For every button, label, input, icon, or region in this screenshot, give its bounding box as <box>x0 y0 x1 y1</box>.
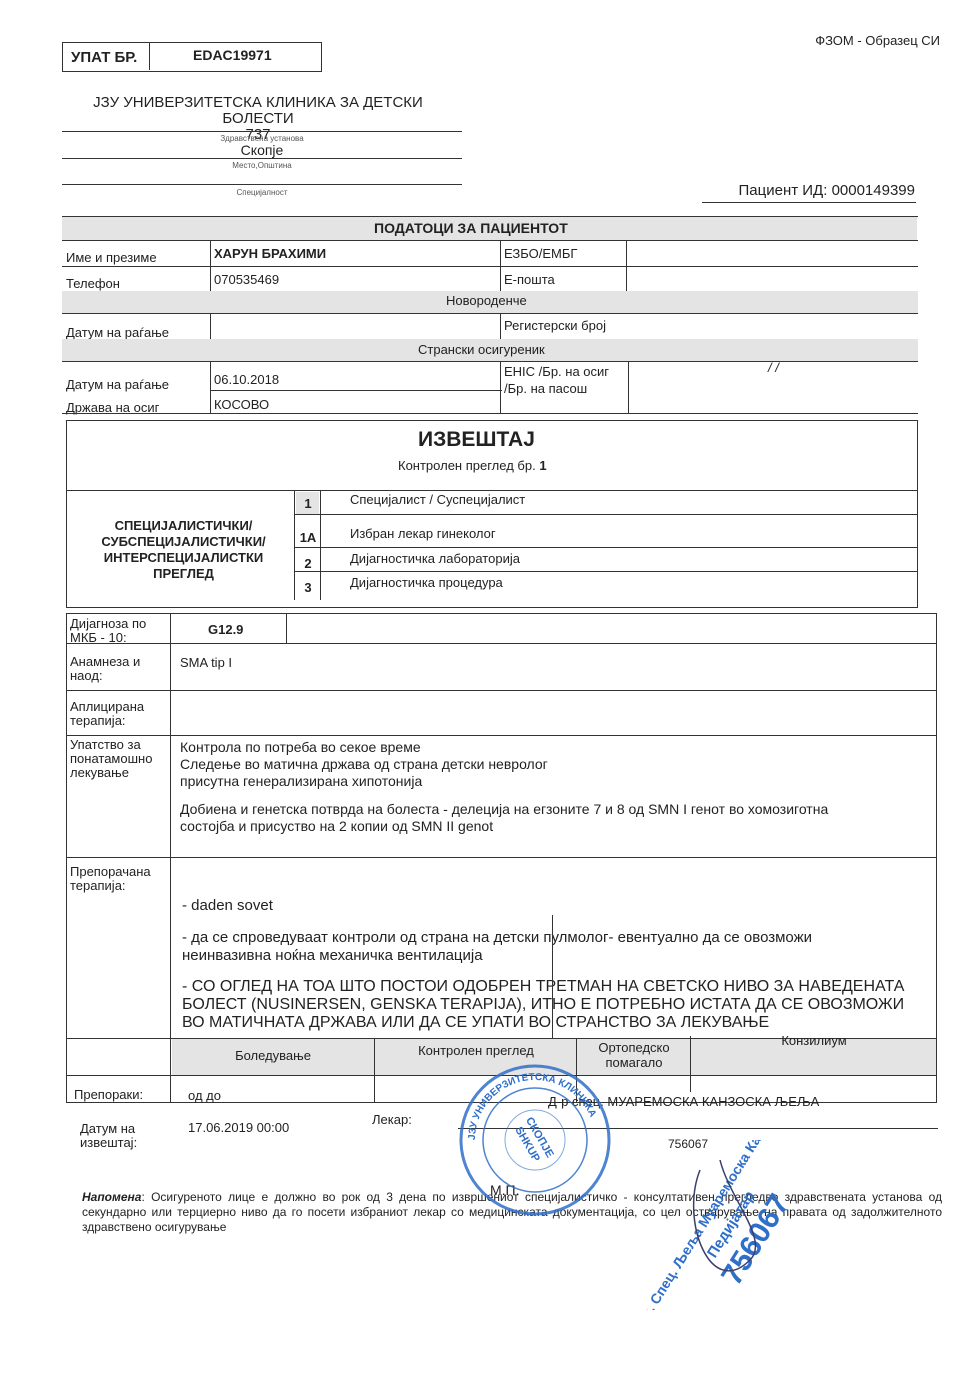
anamnesis-label: Анамнеза и наод: <box>70 655 168 683</box>
email-label: Е-пошта <box>504 272 555 287</box>
option-procedure[interactable]: Дијагностичка процедура <box>350 575 503 590</box>
therapy-line: неинвазивна ноќна механичка вентилација <box>182 948 483 964</box>
referral-number: EDAC19971 <box>193 47 272 63</box>
applied-therapy-label: Аплицирана терапија: <box>70 700 168 728</box>
control-exam-number: 1 <box>539 458 546 473</box>
dob-value: 06.10.2018 <box>214 372 279 387</box>
instructions-label: Упатство за понатамошно лекување <box>70 738 168 780</box>
option-specialist[interactable]: Специјалист / Суспецијалист <box>350 492 525 507</box>
report-subtitle: Контролен преглед бр. 1 <box>398 458 547 473</box>
patient-id: Пациент ИД: 0000149399 <box>739 182 915 199</box>
footnote-label: Напомена <box>82 1190 141 1204</box>
exam-type-line: СПЕЦИЈАЛИСТИЧКИ/ <box>76 518 291 534</box>
foreign-title: Странски осигуреник <box>418 342 545 357</box>
form-code: ФЗОМ - Образец СИ <box>815 33 940 48</box>
phone-label: Телефон <box>66 276 120 291</box>
therapy-line: - да се спроведуваат контроли од страна … <box>182 930 812 946</box>
referral-label: УПАТ БР. <box>71 49 137 66</box>
exam-type-line: ИНТЕРСПЕЦИЈАЛИСТКИ <box>76 550 291 566</box>
newborn-dob-label: Датум на раѓање <box>66 325 169 340</box>
therapy-line: - daden sovet <box>182 898 273 914</box>
specialty-caption: Специјалност <box>62 188 462 197</box>
report-date: 17.06.2019 00:00 <box>188 1120 289 1136</box>
name-label: Име и презиме <box>66 250 157 265</box>
doctor-stamp-icon: Др. Спец. Љеља Муаремоска Канзоска Педиј… <box>640 1140 840 1310</box>
referral-number-box: УПАТ БР. EDAC19971 <box>62 42 322 72</box>
institution-title: ЈЗУ УНИВЕРЗИТЕТСКА КЛИНИКА ЗА ДЕТСКИ БОЛ… <box>58 95 458 127</box>
ehic-label-1: EHIC /Бр. на осиг <box>504 364 609 379</box>
patient-id-label: Пациент ИД: <box>739 182 828 199</box>
phone-value: 070535469 <box>214 272 279 287</box>
anamnesis-value: SMA tip I <box>180 655 232 671</box>
therapy-line: БОЛЕСТ (NUSINERSEN, GENSKA TERAPIJA), ИТ… <box>182 996 904 1014</box>
instruction-line: состојба и присуство на 2 копии од SMN I… <box>180 818 493 834</box>
option-gynecologist[interactable]: Избран лекар гинеколог <box>350 526 496 541</box>
therapy-line: ВО МАТИЧНАТА ДРЖАВА ИЛИ ДА СЕ УПАТИ ВО С… <box>182 1014 769 1032</box>
instruction-line: присутна генерализирана хипотонија <box>180 773 422 789</box>
patient-name: ХАРУН БРАХИМИ <box>214 246 326 261</box>
patient-id-value: 0000149399 <box>832 182 915 199</box>
exam-type-line: СУБСПЕЦИЈАЛИСТИЧКИ/ <box>76 534 291 550</box>
option-code[interactable]: 2 <box>295 556 321 571</box>
option-code[interactable]: 1 <box>295 496 321 511</box>
city-caption: Место,Општина <box>62 161 462 170</box>
ehic-label-2: /Бр. на пасош <box>504 381 587 396</box>
column-council: Конзилиум <box>692 1033 936 1048</box>
city: Скопје <box>62 142 462 158</box>
diagnosis-label: Дијагноза по МКБ - 10: <box>70 617 168 645</box>
sick-leave-value: од до <box>188 1088 221 1104</box>
doctor-label: Лекар: <box>372 1112 412 1128</box>
recommendations-label: Препораки: <box>74 1088 143 1102</box>
ezbo-label: ЕЗБО/ЕМБГ <box>504 246 577 261</box>
report-subtitle-prefix: Контролен преглед бр. <box>398 458 536 473</box>
instruction-line: Следење во матична држава од страна детс… <box>180 756 548 772</box>
patient-section-title: ПОДАТОЦИ ЗА ПАЦИЕНТОТ <box>374 220 568 236</box>
instruction-line: Контрола по потреба во секое време <box>180 739 421 755</box>
option-code[interactable]: 1A <box>295 530 321 545</box>
newborn-title: Новороденче <box>446 293 527 308</box>
recommended-therapy-label: Препорачана терапија: <box>70 865 168 893</box>
dob-label: Датум на раѓање <box>66 377 169 392</box>
patient-section-header: ПОДАТОЦИ ЗА ПАЦИЕНТОТ <box>62 216 917 240</box>
option-code[interactable]: 3 <box>295 580 321 595</box>
therapy-line: - СО ОГЛЕД НА ТОА ШТО ПОСТОИ ОДОБРЕН ТРЕ… <box>182 978 904 996</box>
report-title: ИЗВЕШТАЈ <box>418 428 535 452</box>
column-control-exam: Контролен преглед <box>376 1043 576 1058</box>
report-date-label: Датум на извештај: <box>80 1122 160 1150</box>
option-laboratory[interactable]: Дијагностичка лабораторија <box>350 551 520 566</box>
institution-stamp-icon: СКОПЈЕ SHKUP ЈЗУ УНИВЕРЗИТЕТСКА КЛИНИКА <box>455 1060 615 1220</box>
reg-number-label: Регистерски број <box>504 318 606 333</box>
country-value: КОСОВО <box>214 397 269 412</box>
exam-type-label: СПЕЦИЈАЛИСТИЧКИ/ СУБСПЕЦИЈАЛИСТИЧКИ/ ИНТ… <box>76 518 291 582</box>
column-sick-leave: Боледување <box>172 1048 374 1063</box>
exam-type-line: ПРЕГЛЕД <box>76 566 291 582</box>
diagnosis-code: G12.9 <box>208 622 243 638</box>
instruction-line: Добиена и генетска потврда на болеста - … <box>180 801 828 817</box>
ehic-value: / / <box>768 360 779 375</box>
